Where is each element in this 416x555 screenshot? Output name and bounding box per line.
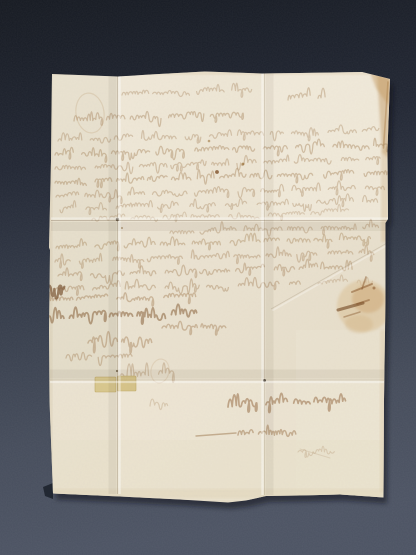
- paper-surface-details: [45, 71, 391, 504]
- paper-grain: [49, 71, 391, 504]
- letter-photo: [0, 0, 416, 555]
- photograph-of-folded-letter: [0, 0, 416, 555]
